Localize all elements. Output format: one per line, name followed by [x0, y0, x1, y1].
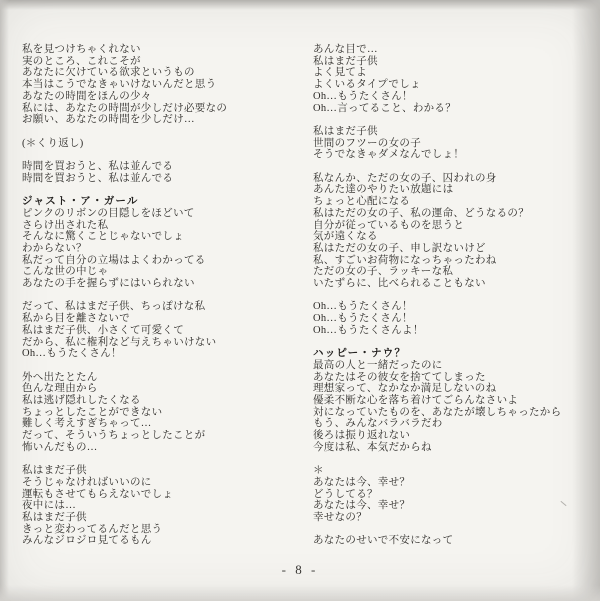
- scan-edge-left: [0, 0, 9, 601]
- lyric-line: 私はまだ子供: [313, 126, 598, 138]
- lyric-line: Oh…もうたくさん！: [313, 91, 598, 103]
- lyric-line: 私はまだ子供: [22, 512, 308, 524]
- lyric-line: 外へ出たとたん: [22, 372, 308, 384]
- lyric-line: 理想家って、なかなか満足しないのね: [313, 383, 598, 395]
- lyric-line: こんな世の中じゃ: [22, 266, 308, 278]
- lyric-block: (＊くり返し): [22, 138, 308, 150]
- lyric-block: 私はまだ子供そうじゃなければいいのに運転もさせてもらえないでしょ夜中には…私はま…: [22, 465, 308, 547]
- lyric-line: 夜中には…: [22, 500, 308, 512]
- lyric-line: 怖いんだもの…: [22, 442, 308, 454]
- lyric-line: 私はただの女の子、申し訳ないけど: [313, 243, 598, 255]
- lyric-line: 難しく考えすぎちゃって…: [22, 418, 308, 430]
- lyric-line: 私なんか、ただの女の子、囚われの身: [313, 173, 598, 185]
- scan-edge-bottom: [0, 585, 600, 601]
- lyric-line: Oh…もうたくさんよ！: [313, 325, 598, 337]
- lyric-line: あなたの手を握らずにはいられない: [22, 278, 308, 290]
- lyric-block: あなたのせいで不安になって: [313, 535, 598, 547]
- lyric-line: 後ろは振り返れない: [313, 430, 598, 442]
- lyric-line: Oh…もうたくさん！: [22, 348, 308, 360]
- lyric-line: だって、そういうちょっとしたことが: [22, 430, 308, 442]
- lyric-line: 最高の人と一緒だったのに: [313, 360, 598, 372]
- lyric-line: 私、すごいお荷物になっちゃったわね: [313, 255, 598, 267]
- lyric-block: あんな目で…私はまだ子供よく見てよよくいるタイプでしょOh…もうたくさん！Oh……: [313, 44, 598, 114]
- lyric-line: Oh…言ってること、わかる？: [313, 103, 598, 115]
- lyrics-column-left: 私を見つけちゃくれない実のところ、これこそがあなたに欠けている欲求というもの本当…: [22, 44, 308, 547]
- lyric-line: もう、みんなバラバラだわ: [313, 418, 598, 430]
- lyric-line: 私は逃げ隠れしたくなる: [22, 395, 308, 407]
- lyric-line: あんた達のやりたい放題には: [313, 184, 598, 196]
- lyric-line: どうしてる？: [313, 489, 598, 501]
- lyrics-booklet-page: 私を見つけちゃくれない実のところ、これこそがあなたに欠けている欲求というもの本当…: [0, 0, 600, 601]
- lyric-line: あなたは今、幸せ？: [313, 500, 598, 512]
- lyric-line: 私を見つけちゃくれない: [22, 44, 308, 56]
- lyric-block: 私はまだ子供世間のフツーの女の子そうでなきゃダメなんでしょ！: [313, 126, 598, 161]
- lyrics-column-right: あんな目で…私はまだ子供よく見てよよくいるタイプでしょOh…もうたくさん！Oh……: [313, 44, 598, 547]
- lyric-line: 運転もさせてもらえないでしょ: [22, 489, 308, 501]
- lyric-line: Oh…もうたくさん！: [313, 313, 598, 325]
- lyric-line: わからない？: [22, 243, 308, 255]
- lyric-block: ジャスト・ア・ガールピンクのリボンの目隠しをほどいてさらけ出された私そんなに驚く…: [22, 196, 308, 290]
- lyric-line: 私だって自分の立場はよくわかってる: [22, 255, 308, 267]
- song-title: ハッピー・ナウ？: [313, 348, 598, 360]
- lyric-line: あなたの時間をほんの少々: [22, 91, 308, 103]
- lyric-line: ＊: [313, 465, 598, 477]
- lyric-line: よく見てよ: [313, 67, 598, 79]
- lyric-block: 時間を買おうと、私は並んでる時間を買おうと、私は並んでる: [22, 161, 308, 184]
- lyric-line: 本当はこうでなきゃいけないんだと思う: [22, 79, 308, 91]
- lyric-line: だから、私に権利など与えちゃいけない: [22, 337, 308, 349]
- lyric-line: ただの女の子、ラッキーな私: [313, 266, 598, 278]
- lyric-line: Oh…もうたくさん！: [313, 301, 598, 313]
- lyric-line: 今度は私、本気だからね: [313, 442, 598, 454]
- lyric-line: ピンクのリボンの目隠しをほどいて: [22, 208, 308, 220]
- lyric-block: 私を見つけちゃくれない実のところ、これこそがあなたに欠けている欲求というもの本当…: [22, 44, 308, 126]
- lyric-line: お願い、あなたの時間を少しだけ…: [22, 114, 308, 126]
- lyric-line: 時間を買おうと、私は並んでる: [22, 161, 308, 173]
- lyric-line: 色んな理由から: [22, 383, 308, 395]
- lyric-line: 世間のフツーの女の子: [313, 138, 598, 150]
- lyric-line: あなたに欠けている欲求というもの: [22, 67, 308, 79]
- lyric-line: そうじゃなければいいのに: [22, 477, 308, 489]
- lyric-line: 優柔不断な心を落ち着けてごらんなさいよ: [313, 395, 598, 407]
- lyric-line: 私はただの女の子、私の運命、どうなるの？: [313, 208, 598, 220]
- lyric-block: 外へ出たとたん色んな理由から私は逃げ隠れしたくなるちょっとしたことができない難し…: [22, 372, 308, 454]
- lyric-line: ちょっとしたことができない: [22, 407, 308, 419]
- lyric-line: あなたはその彼女を捨ててしまった: [313, 372, 598, 384]
- lyric-line: だって、私はまだ子供、ちっぽけな私: [22, 301, 308, 313]
- lyric-line: 私から目を離さないで: [22, 313, 308, 325]
- lyric-block: Oh…もうたくさん！Oh…もうたくさん！Oh…もうたくさんよ！: [313, 301, 598, 336]
- lyric-line: (＊くり返し): [22, 138, 308, 150]
- lyric-block: ハッピー・ナウ？最高の人と一緒だったのにあなたはその彼女を捨ててしまった理想家っ…: [313, 348, 598, 453]
- lyric-line: 私には、あなたの時間が少しだけ必要なの: [22, 103, 308, 115]
- lyric-line: 私はまだ子供: [313, 56, 598, 68]
- lyric-block: 私なんか、ただの女の子、囚われの身あんた達のやりたい放題にはちょっと心配になる私…: [313, 173, 598, 290]
- lyric-line: 幸せなの？: [313, 512, 598, 524]
- lyric-line: そうでなきゃダメなんでしょ！: [313, 149, 598, 161]
- lyric-line: あなたのせいで不安になって: [313, 535, 598, 547]
- lyric-line: 実のところ、これこそが: [22, 56, 308, 68]
- lyric-line: あんな目で…: [313, 44, 598, 56]
- lyric-block: だって、私はまだ子供、ちっぽけな私私から目を離さないで私はまだ子供、小さくて可愛…: [22, 301, 308, 360]
- lyric-line: 私はまだ子供、小さくて可愛くて: [22, 325, 308, 337]
- lyric-line: 対になっていたものを、あなたが壊しちゃったから: [313, 407, 598, 419]
- lyric-line: そんなに驚くことじゃないでしょ: [22, 231, 308, 243]
- lyric-line: 気が遠くなる: [313, 231, 598, 243]
- lyric-line: さらけ出された私: [22, 220, 308, 232]
- page-number: - 8 -: [0, 562, 600, 578]
- lyric-line: きっと変わってるんだと思う: [22, 524, 308, 536]
- lyric-line: みんなジロジロ見てるもん: [22, 535, 308, 547]
- scan-edge-top: [0, 0, 600, 10]
- lyric-line: ちょっと心配になる: [313, 196, 598, 208]
- lyric-line: 自分が従っているものを思うと: [313, 220, 598, 232]
- song-title: ジャスト・ア・ガール: [22, 196, 308, 208]
- lyric-line: あなたは今、幸せ？: [313, 477, 598, 489]
- lyric-block: ＊あなたは今、幸せ？どうしてる？あなたは今、幸せ？幸せなの？: [313, 465, 598, 524]
- lyric-line: いたずらに、比べられることもない: [313, 278, 598, 290]
- lyric-line: よくいるタイプでしょ: [313, 79, 598, 91]
- lyric-line: 時間を買おうと、私は並んでる: [22, 173, 308, 185]
- lyric-line: 私はまだ子供: [22, 465, 308, 477]
